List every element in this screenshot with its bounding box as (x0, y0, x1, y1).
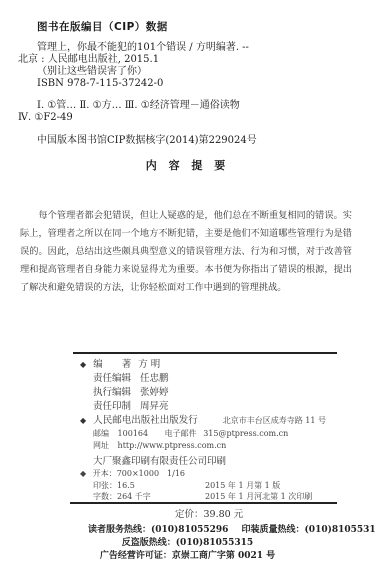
reader-service-hotline: 读者服务热线：(010)81055296 (88, 525, 228, 535)
email-label: 电子邮件 (165, 429, 197, 438)
editor-name: 任忠鹏 (140, 373, 169, 384)
summary-title: 内 容 提 要 (0, 157, 375, 173)
author-name: 方 明 (138, 359, 160, 370)
editor-row: 责任编辑 任忠鹏 (93, 370, 169, 384)
printer-name: 大厂聚鑫印刷有限责任公司印刷 (93, 453, 226, 467)
exec-editor-row: 执行编辑 张婷婷 (93, 384, 169, 398)
author-label: 编 著 (93, 359, 131, 370)
cip-isbn-line: ISBN 978-7-115-37242-0 (37, 78, 163, 90)
diamond-bullet-icon: ◆ (80, 416, 86, 425)
publisher-name: 人民邮电出版社出版发行 (93, 415, 198, 426)
editor-label: 责任编辑 (93, 373, 131, 384)
ad-license: 广告经营许可证：京崇工商广字第 0021 号 (0, 548, 375, 561)
cip-verification-number: 中国版本图书馆CIP数据核字(2014)第229024号 (37, 135, 257, 147)
publisher-address: 北京市丰台区成寿寺路 11 号 (223, 416, 326, 425)
cip-classification-line-2: Ⅳ. ①F2-49 (18, 112, 73, 124)
printing-value: 2015 年 1 月河北第 1 次印刷 (205, 491, 312, 502)
cip-classification-line-1: Ⅰ. ①管… Ⅱ. ①方… Ⅲ. ①经济管理－通俗读物 (37, 100, 240, 112)
hotlines-row: 读者服务热线：(010)81055296 印装质量热线：(010)8105531… (88, 522, 375, 535)
summary-body: 每个管理者都会犯错误，但让人疑惑的是，他们总在不断重复相同的错误。实际上，管理者… (20, 207, 352, 297)
colophon-bottom-rule (70, 502, 337, 504)
exec-editor-label: 执行编辑 (93, 387, 131, 398)
website-label: 网址 (93, 441, 109, 450)
print-resp-name: 周昇亮 (140, 401, 169, 412)
anti-piracy-hotline: 反盗版热线：(010)81055315 (0, 535, 375, 548)
sheets-value: 印张：16.5 (93, 480, 135, 491)
cip-title-line: 管理上，你最不能犯的101个错误 / 方明编著. -- (37, 42, 249, 54)
postcode-email-row: 邮编 100164 电子邮件 315@ptpress.com.cn (93, 428, 288, 439)
publisher-row: ◆ 人民邮电出版社出版发行 北京市丰台区成寿寺路 11 号 (80, 412, 326, 426)
author-row: ◆ 编 著 方 明 (80, 356, 160, 370)
format-value: 开本：700×1000 1/16 (93, 469, 185, 478)
cip-publisher-line: 北京 : 人民邮电出版社, 2015.1 (18, 54, 159, 66)
exec-editor-name: 张婷婷 (140, 387, 169, 398)
postcode-label: 邮编 (93, 429, 109, 438)
print-resp-label: 责任印制 (93, 401, 131, 412)
diamond-bullet-icon: ◆ (80, 469, 86, 478)
print-quality-hotline: 印装质量热线：(010)81055316 (242, 525, 375, 535)
cip-series-line: （别让这些错误害了你） (37, 66, 147, 78)
website-row: 网址 http://www.ptpress.com.cn (93, 440, 226, 451)
edition-value: 2015 年 1 月第 1 版 (205, 480, 280, 491)
print-resp-row: 责任印制 周昇亮 (93, 398, 169, 412)
colophon-top-rule (73, 352, 337, 354)
cip-heading: 图书在版编目（CIP）数据 (37, 19, 168, 34)
email-link[interactable]: 315@ptpress.com.cn (203, 429, 288, 438)
diamond-bullet-icon: ◆ (80, 360, 86, 369)
words-value: 字数：264 千字 (93, 491, 151, 502)
format-row: ◆ 开本：700×1000 1/16 (80, 468, 185, 479)
postcode-value: 100164 (118, 429, 149, 438)
website-link[interactable]: http://www.ptpress.com.cn (118, 441, 227, 450)
price: 定价：39.80 元 (175, 506, 243, 520)
